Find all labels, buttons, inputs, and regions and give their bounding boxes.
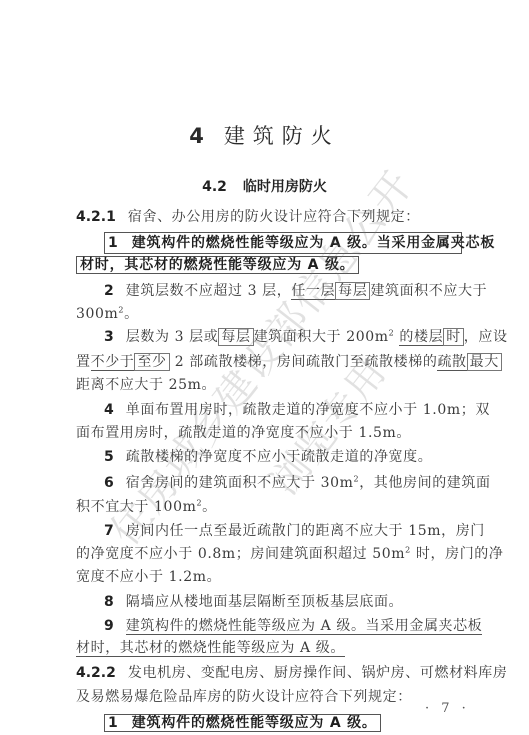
item-2-line-1: 2建筑层数不应超过 3 层，任一层每层建筑面积不应大于 [104,281,464,301]
inserted-text: 每层 [218,328,253,346]
item-2-line-2: 300m2。 [76,304,464,324]
item-9-line-2: 材时，其芯材的燃烧性能等级应为 A 级。 [76,638,464,658]
document-page: 4建筑防火 4.2临时用房防火 4.2.1宿舍、办公用房的防火设计应符合下列规定… [0,0,529,735]
page-number: · 7 · [425,701,470,716]
item-3-line-3: 距离不应大于 25m。 [76,375,464,395]
item-6-line-1: 6宿舍房间的建筑面积不应大于 30m2，其他房间的建筑面 [104,473,464,493]
underlined-text: 材时，其芯材的燃烧性能等级应为 A 级。 [76,640,345,657]
item-9-line-1: 9建筑构件的燃烧性能等级应为 A 级。当采用金属夹芯板 [104,616,464,636]
struck-text: 不少于 [91,354,135,371]
item-5: 5疏散楼梯的净宽度不应小于疏散走道的净宽度。 [104,447,464,467]
item-1-line-1: 1建筑构件的燃烧性能等级应为 A 级。当采用金属夹芯板 [104,232,460,254]
clause-4-2-1-intro: 4.2.1宿舍、办公用房的防火设计应符合下列规定： [76,207,464,227]
clause-4-2-2-item-1: 1建筑构件的燃烧性能等级应为 A 级。 [104,713,464,733]
section-title: 临时用房防火 [243,179,327,195]
item-7-line-2: 的净宽度不应小于 0.8m；房间建筑面积超过 50m2 时，房门的净 [76,544,464,564]
chapter-heading: 4建筑防火 [0,120,529,150]
clause-text: 宿舍、办公用房的防火设计应符合下列规定： [128,209,420,225]
inserted-text: 至少 [134,353,169,371]
section-number: 4.2 [202,179,227,195]
boxed-amendment: 1建筑构件的燃烧性能等级应为 A 级。 [104,714,381,732]
boxed-amendment: 材时，其芯材的燃烧性能等级应为 A 级。 [76,256,359,274]
boxed-amendment: 1建筑构件的燃烧性能等级应为 A 级。当采用金属夹芯板 [104,232,462,254]
item-4-line-2: 面布置用房时，疏散走道的净宽度不应小于 1.5m。 [76,423,464,443]
struck-text: 疏散 [437,354,466,371]
item-1-line-2: 材时，其芯材的燃烧性能等级应为 A 级。 [76,255,464,275]
item-8: 8隔墙应从楼地面基层隔断至顶板基层底面。 [104,592,464,612]
item-6-line-2: 积不宜大于 100m2。 [76,497,464,517]
section-heading: 4.2临时用房防火 [0,176,529,196]
item-4-line-1: 4单面布置用房时，疏散走道的净宽度不应小于 1.0m；双 [104,400,464,420]
clause-number: 4.2.1 [76,209,116,225]
inserted-text: 时 [443,328,464,346]
struck-text: 的楼层 [399,329,443,346]
struck-text: 任一层 [291,283,335,300]
item-3-line-1: 3层数为 3 层或每层建筑面积大于 200m2 的楼层时，应设 [104,327,464,347]
clause-number: 4.2.2 [76,665,116,681]
clause-4-2-2-line-1: 4.2.2发电机房、变配电房、厨房操作间、锅炉房、可燃材料库房 [76,663,464,683]
inserted-text: 每层 [335,282,370,300]
item-7-line-1: 7房间内任一点至最近疏散门的距离不应大于 15m，房门 [104,521,464,541]
item-7-line-3: 宽度不应小于 1.2m。 [76,567,464,587]
item-3-line-2: 置不少于至少 2 部疏散楼梯，房间疏散门至疏散楼梯的疏散最大 [76,352,464,372]
clause-4-2-2-line-2: 及易燃易爆危险品库房的防火设计应符合下列规定： [76,687,464,707]
inserted-text: 最大 [467,353,502,371]
underlined-text: 建筑构件的燃烧性能等级应为 A 级。当采用金属夹芯板 [126,618,483,635]
chapter-title: 建筑防火 [224,124,340,148]
chapter-number: 4 [189,124,212,148]
